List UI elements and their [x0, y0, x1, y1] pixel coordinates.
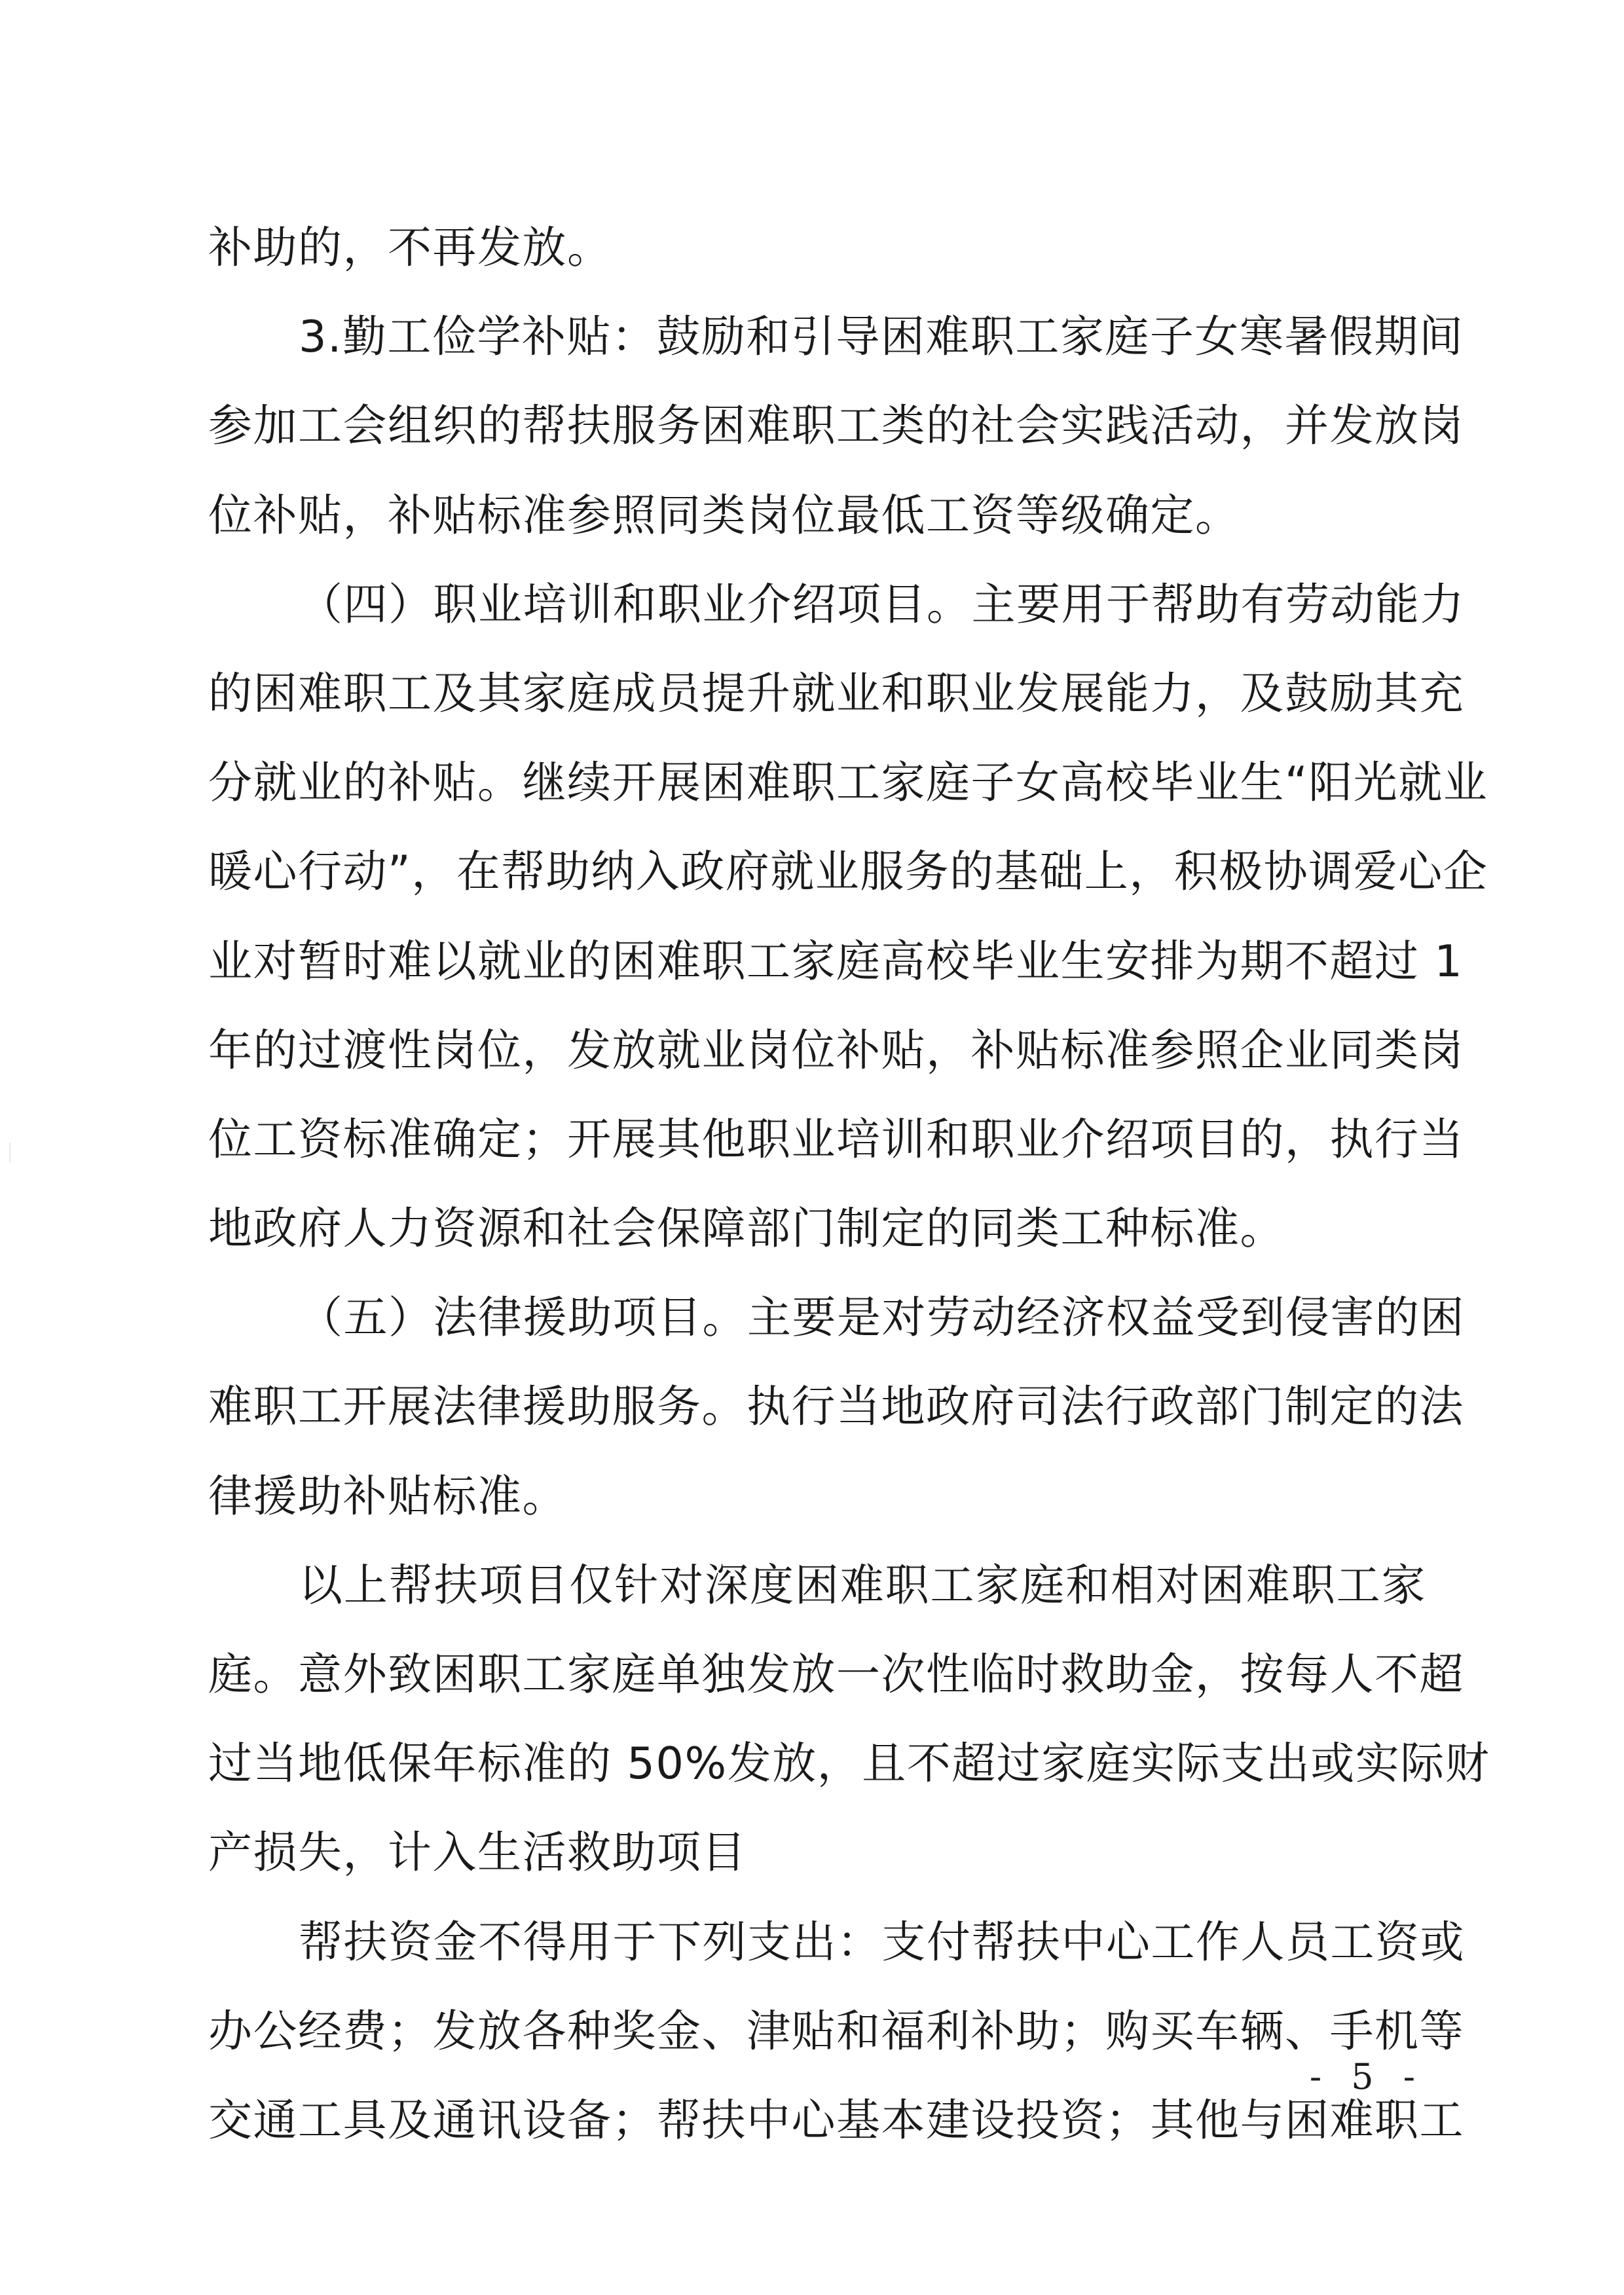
text-line: 年的过渡性岗位，发放就业岗位补贴，补贴标准参照企业同类岗 [208, 1006, 1426, 1095]
text-line: 难职工开展法律援助服务。执行当地政府司法行政部门制定的法 [208, 1362, 1426, 1451]
text-line: 位补贴，补贴标准参照同类岗位最低工资等级确定。 [208, 471, 1426, 560]
paragraph-legal-aid: （五）法律援助项目。主要是对劳动经济权益受到侵害的困 难职工开展法律援助服务。执… [208, 1273, 1426, 1541]
paragraph-scope-note: 以上帮扶项目仅针对深度困难职工家庭和相对困难职工家 庭。意外致困职工家庭单独发放… [208, 1541, 1426, 1898]
text-line: 3.勤工俭学补贴：鼓励和引导困难职工家庭子女寒暑假期间 [208, 292, 1426, 381]
paragraph-continuation: 补助的，不再发放。 [208, 203, 1426, 292]
section-heading-line: （四）职业培训和职业介绍项目。主要用于帮助有劳动能力 [208, 560, 1426, 649]
page-number: - 5 - [1310, 2056, 1424, 2097]
document-page: 补助的，不再发放。 3.勤工俭学补贴：鼓励和引导困难职工家庭子女寒暑假期间 参加… [0, 0, 1624, 2295]
text-line: 地政府人力资源和社会保障部门制定的同类工种标准。 [208, 1184, 1426, 1273]
text-line: 补助的，不再发放。 [208, 203, 1426, 292]
text-line: 参加工会组织的帮扶服务困难职工类的社会实践活动，并发放岗 [208, 381, 1426, 470]
text-line: 暖心行动”，在帮助纳入政府就业服务的基础上，积极协调爱心企 [208, 827, 1426, 916]
text-line: 帮扶资金不得用于下列支出：支付帮扶中心工作人员工资或 [208, 1898, 1426, 1987]
scan-margin-mark [9, 1143, 10, 1162]
text-line: 庭。意外致困职工家庭单独发放一次性临时救助金，按每人不超 [208, 1630, 1426, 1719]
text-line: 律援助补贴标准。 [208, 1452, 1426, 1541]
section-heading-line: （五）法律援助项目。主要是对劳动经济权益受到侵害的困 [208, 1273, 1426, 1362]
text-line: 交通工具及通讯设备；帮扶中心基本建设投资；其他与困难职工 [208, 2076, 1426, 2165]
text-line: 业对暂时难以就业的困难职工家庭高校毕业生安排为期不超过 1 [208, 917, 1426, 1006]
text-line: 位工资标准确定；开展其他职业培训和职业介绍项目的，执行当 [208, 1095, 1426, 1184]
paragraph-prohibited-expenses: 帮扶资金不得用于下列支出：支付帮扶中心工作人员工资或 办公经费；发放各种奖金、津… [208, 1898, 1426, 2165]
text-line: 分就业的补贴。继续开展困难职工家庭子女高校毕业生“阳光就业 [208, 738, 1426, 827]
text-line: 以上帮扶项目仅针对深度困难职工家庭和相对困难职工家 [208, 1541, 1426, 1630]
document-body: 补助的，不再发放。 3.勤工俭学补贴：鼓励和引导困难职工家庭子女寒暑假期间 参加… [208, 203, 1426, 2165]
text-line: 产损失，计入生活救助项目 [208, 1808, 1426, 1897]
text-line: 办公经费；发放各种奖金、津贴和福利补助；购买车辆、手机等 [208, 1987, 1426, 2076]
text-line: 的困难职工及其家庭成员提升就业和职业发展能力，及鼓励其充 [208, 649, 1426, 738]
paragraph-work-study-subsidy: 3.勤工俭学补贴：鼓励和引导困难职工家庭子女寒暑假期间 参加工会组织的帮扶服务困… [208, 292, 1426, 560]
text-line: 过当地低保年标准的 50%发放，且不超过家庭实际支出或实际财 [208, 1719, 1426, 1808]
paragraph-vocational-training: （四）职业培训和职业介绍项目。主要用于帮助有劳动能力 的困难职工及其家庭成员提升… [208, 560, 1426, 1274]
